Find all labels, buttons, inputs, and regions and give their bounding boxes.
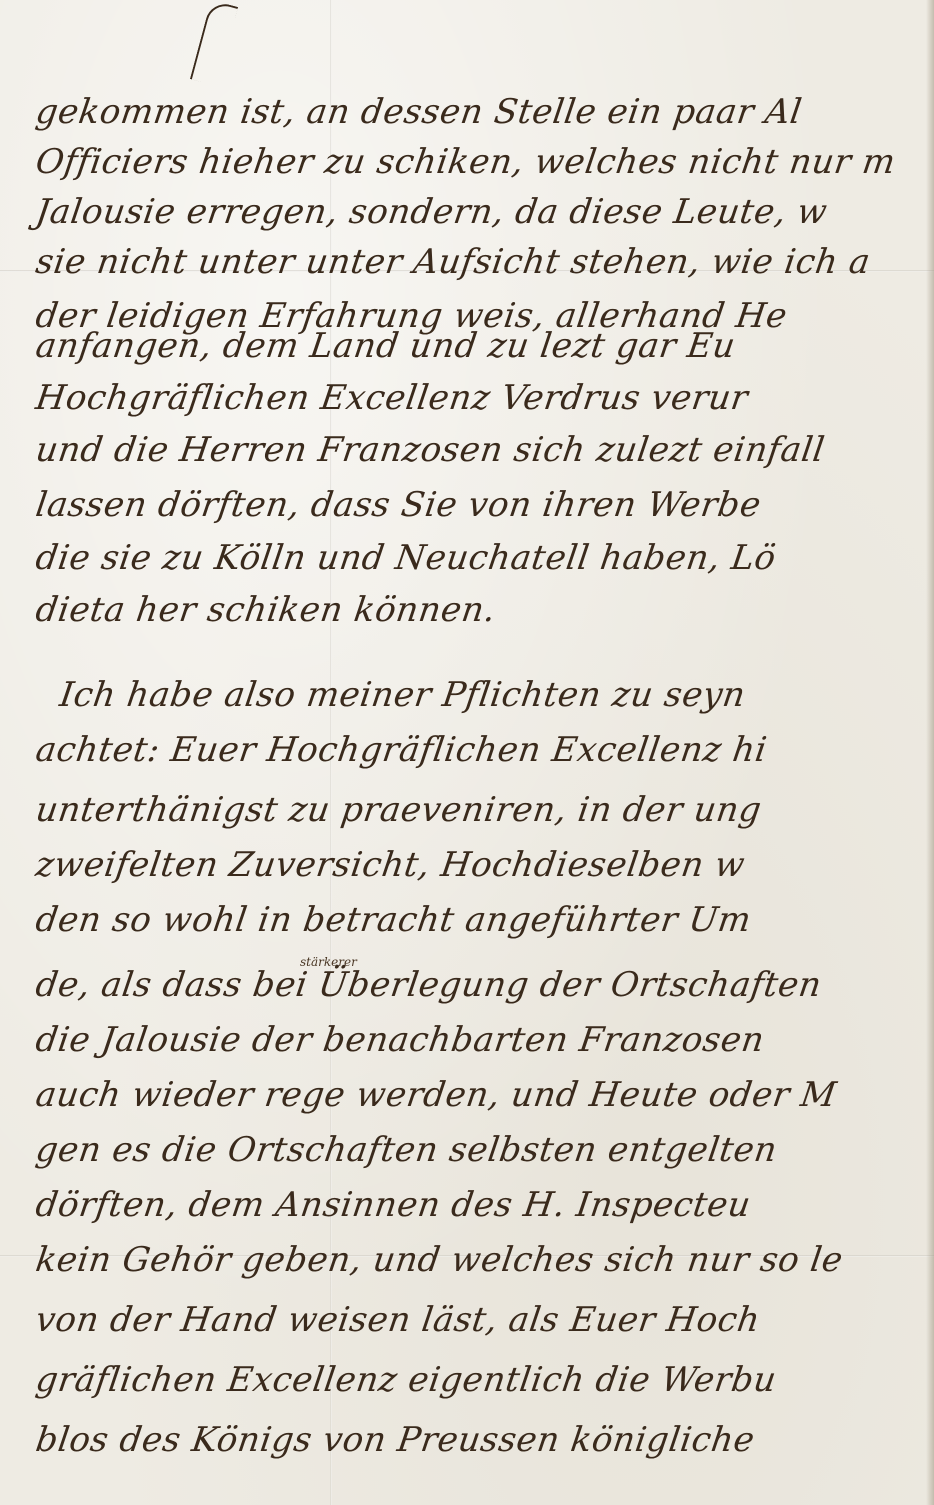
text-line: gräflichen Excellenz eigentlich die Werb… — [33, 1360, 779, 1400]
text-line: dörften, dem Ansinnen des H. Inspecteu — [33, 1185, 753, 1225]
text-line: dieta her schiken können. — [33, 590, 498, 630]
text-line: anfangen, dem Land und zu lezt gar Eu — [33, 326, 738, 366]
text-line: blos des Königs von Preussen königliche — [33, 1420, 757, 1460]
ascender-flourish — [190, 0, 238, 86]
text-line: kein Gehör geben, und welches sich nur s… — [33, 1240, 845, 1280]
text-line: gen es die Ortschaften selbsten entgelte… — [33, 1130, 779, 1170]
text-line: unterthänigst zu praeveniren, in der ung — [33, 790, 764, 830]
paper-edge — [926, 0, 934, 1505]
text-line: Officiers hieher zu schiken, welches nic… — [33, 142, 898, 182]
document-page: gekommen ist, an dessen Stelle ein paar … — [0, 0, 934, 1505]
text-line: und die Herren Franzosen sich zulezt ein… — [33, 430, 827, 470]
text-line: sie nicht unter unter Aufsicht stehen, w… — [33, 242, 873, 282]
text-line: achtet: Euer Hochgräflichen Excellenz hi — [33, 730, 769, 770]
text-line: lassen dörften, dass Sie von ihren Werbe — [33, 485, 763, 525]
text-line: zweifelten Zuversicht, Hochdieselben w — [33, 845, 747, 885]
text-line: den so wohl in betracht angeführter Um — [33, 900, 754, 940]
text-line: auch wieder rege werden, und Heute oder … — [33, 1075, 839, 1115]
text-line: Jalousie erregen, sondern, da diese Leut… — [33, 192, 830, 232]
text-line: von der Hand weisen läst, als Euer Hoch — [33, 1300, 762, 1340]
text-line: de, als dass bei Überlegung der Ortschaf… — [33, 965, 824, 1005]
text-line: gekommen ist, an dessen Stelle ein paar … — [33, 92, 804, 132]
text-line: Ich habe also meiner Pflichten zu seyn — [57, 675, 748, 715]
text-line: die Jalousie der benachbarten Franzosen — [33, 1020, 767, 1060]
text-line: Hochgräflichen Excellenz Verdrus verur — [33, 378, 750, 418]
text-line: die sie zu Kölln und Neuchatell haben, L… — [33, 538, 778, 578]
